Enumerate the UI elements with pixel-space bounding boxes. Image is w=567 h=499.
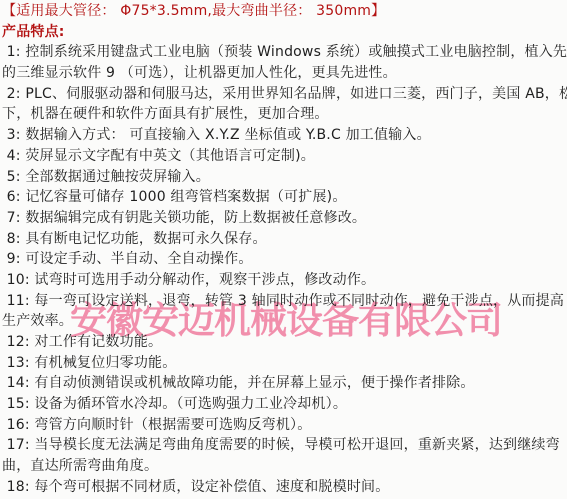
feature-line-16: 16: 弯管方向顺时针（根据需要可选购反弯机）。 <box>2 415 567 436</box>
feature-line-18: 18: 每个弯可根据不同材质，设定补偿值、速度和脱模时间。 <box>2 477 567 498</box>
feature-line-5: 5: 全部数据通过触按荧屏输入。 <box>2 167 567 188</box>
feature-line-7: 7: 数据编辑完成有钥匙关锁功能，防上数据被任意修改。 <box>2 208 567 229</box>
feature-line-17b: 曲，直达所需弯曲角度。 <box>2 456 567 477</box>
feature-line-14: 14: 有自动侦测错误或机械故障功能，并在屏幕上显示，便于操作者排除。 <box>2 373 567 394</box>
section-title: 产品特点: <box>2 22 567 43</box>
feature-line-11a: 11: 每一弯可设定送料，退弯，转管 3 轴同时动作或不同时动作，避免干涉点，从… <box>2 291 567 312</box>
feature-line-15: 15: 设备为循环管水冷却。（可选购强力工业冷却机）。 <box>2 394 567 415</box>
feature-line-17a: 17: 当导模长度无法满足弯曲角度需要的时候，导模可松开退回，重新夹紧，达到继续… <box>2 435 567 456</box>
feature-line-1a: 1: 控制系统采用键盘式工业电脑（预装 Windows 系统）或触摸式工业电脑控… <box>2 42 567 63</box>
feature-line-2b: 下，机器在硬件和软件方面具有扩展性，更加合理。 <box>2 104 567 125</box>
feature-line-9: 9: 可设定手动、半自动、全自动操作。 <box>2 249 567 270</box>
feature-line-1b: 的三维显示软件 9 （可选），让机器更加人性化，更具先进性。 <box>2 63 567 84</box>
feature-line-12: 12: 对工作有记数功能。 <box>2 332 567 353</box>
feature-line-6: 6: 记忆容量可储存 1000 组弯管档案数据（可扩展)。 <box>2 187 567 208</box>
page-content: 【适用最大管径： Φ75*3.5mm,最大弯曲半径： 350mm】 产品特点: … <box>0 0 567 498</box>
feature-line-8: 8: 具有断电记忆功能，数据可永久保存。 <box>2 229 567 250</box>
max-pipe-spec-line: 【适用最大管径： Φ75*3.5mm,最大弯曲半径： 350mm】 <box>2 1 567 22</box>
feature-line-2a: 2: PLC、伺服驱动器和伺服马达，采用世界知名品牌，如进口三菱，西门子，美国 … <box>2 84 567 105</box>
feature-line-3: 3: 数据输入方式： 可直接输入 X.Y.Z 坐标值或 Y.B.C 加工值输入。 <box>2 125 567 146</box>
product-features-page: 安徽安迈机械设备有限公司 【适用最大管径： Φ75*3.5mm,最大弯曲半径： … <box>0 0 567 499</box>
feature-line-11b: 生产效率。 <box>2 311 567 332</box>
feature-line-4: 4: 荧屏显示文字配有中英文（其他语言可定制)。 <box>2 146 567 167</box>
feature-line-13: 13: 有机械复位归零功能。 <box>2 353 567 374</box>
feature-line-10: 10: 试弯时可选用手动分解动作，观察干涉点，修改动作。 <box>2 270 567 291</box>
